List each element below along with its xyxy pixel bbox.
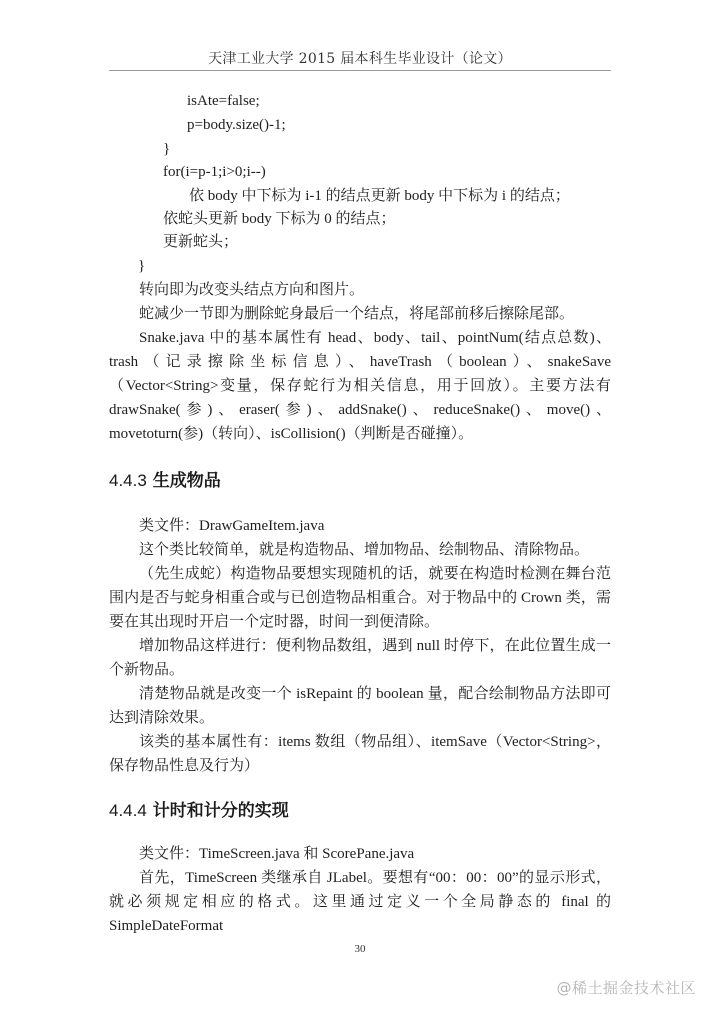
code-line: } xyxy=(138,256,145,276)
code-line: p=body.size()-1; xyxy=(187,115,286,135)
header-divider xyxy=(109,70,611,71)
section-heading-4-4-3: 4.4.3 生成物品 xyxy=(109,466,221,491)
paragraph: 该类的基本属性有：items 数组（物品组）、itemSave（Vector<S… xyxy=(109,730,611,778)
paragraph: 增加物品这样进行：便利物品数组，遇到 null 时停下，在此位置生成一个新物品。 xyxy=(109,634,611,682)
paragraph: 首先，TimeScreen 类继承自 JLabel。要想有“00：00：00”的… xyxy=(109,866,611,938)
paragraph: 类文件：DrawGameItem.java xyxy=(109,514,611,538)
paragraph: 这个类比较简单，就是构造物品、增加物品、绘制物品、清除物品。 xyxy=(109,538,611,562)
section-title-text: 计时和计分的实现 xyxy=(153,801,289,821)
code-line: 更新蛇头； xyxy=(163,232,238,252)
section-number: 4.4.4 xyxy=(109,801,147,820)
code-line: 依 body 中下标为 i-1 的结点更新 body 中下标为 i 的结点； xyxy=(189,186,570,206)
section-number: 4.4.3 xyxy=(109,471,147,490)
watermark: @稀土掘金技术社区 xyxy=(556,977,696,998)
section-title-text: 生成物品 xyxy=(153,471,221,491)
paragraph: Snake.java 中的基本属性有 head、body、tail、pointN… xyxy=(109,326,611,446)
paragraph: 蛇减少一节即为删除蛇身最后一个结点，将尾部前移后擦除尾部。 xyxy=(109,302,611,326)
paragraph: （先生成蛇）构造物品要想实现随机的话，就要在构造时检测在舞台范围内是否与蛇身相重… xyxy=(109,562,611,634)
section-heading-4-4-4: 4.4.4 计时和计分的实现 xyxy=(109,796,289,821)
code-line: 依蛇头更新 body 下标为 0 的结点； xyxy=(163,209,396,229)
code-line: isAte=false; xyxy=(187,91,260,111)
paragraph: 清楚物品就是改变一个 isRepaint 的 boolean 量，配合绘制物品方… xyxy=(109,682,611,730)
page-header-title: 天津工业大学 2015 届本科生毕业设计（论文） xyxy=(109,48,611,68)
code-line: } xyxy=(163,139,170,159)
code-line: for(i=p-1;i>0;i--) xyxy=(163,162,266,182)
paragraph: 转向即为改变头结点方向和图片。 xyxy=(109,278,611,302)
page-number: 30 xyxy=(0,943,720,955)
paragraph: 类文件：TimeScreen.java 和 ScorePane.java xyxy=(109,842,611,866)
